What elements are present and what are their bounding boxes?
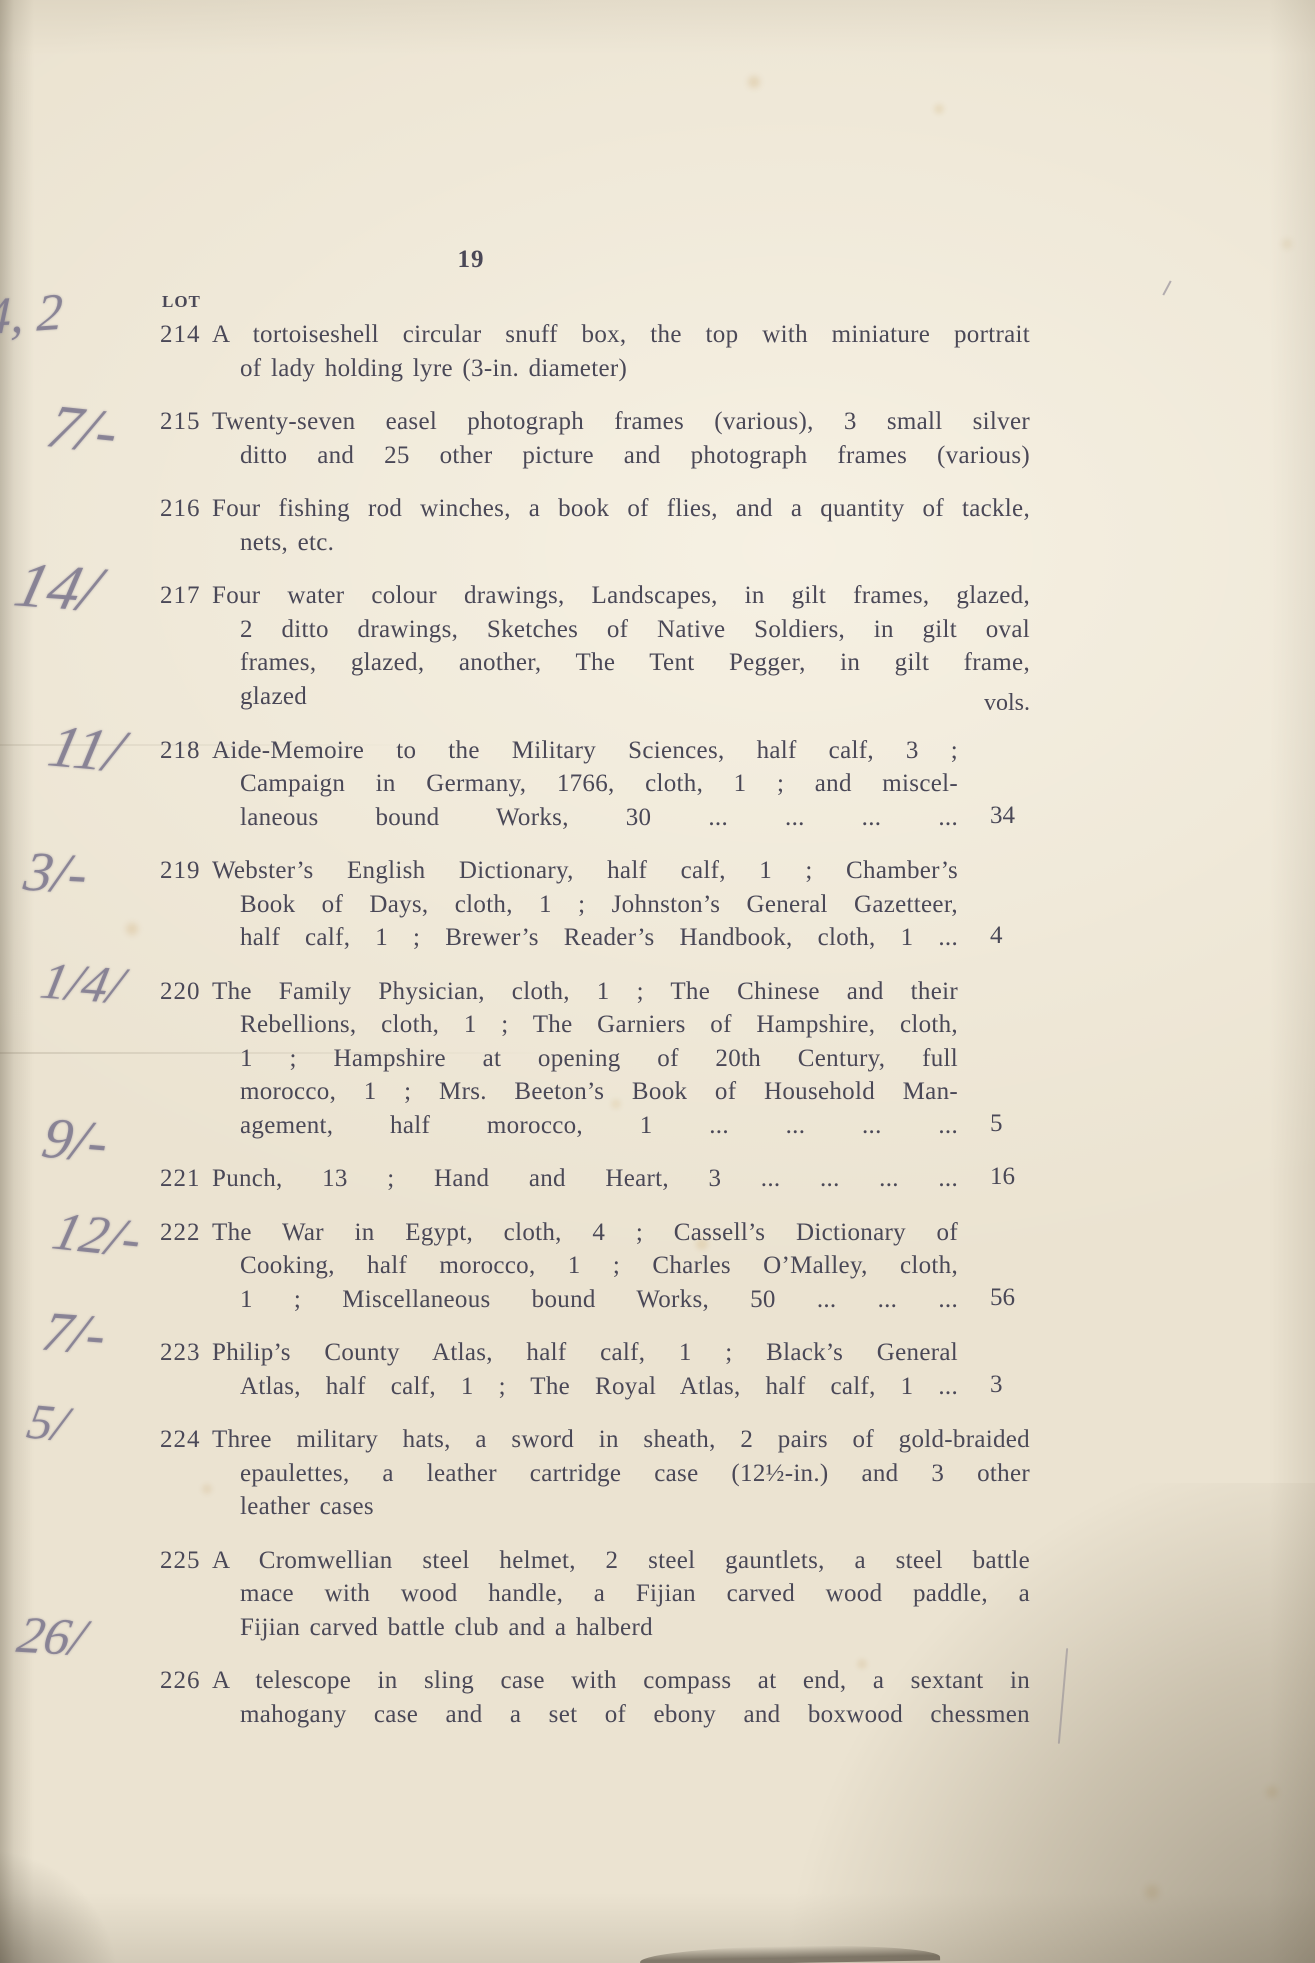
vols-value: 4 bbox=[990, 919, 1003, 953]
lot-description-line: Campaign in Germany, 1766, cloth, 1 ; an… bbox=[212, 767, 958, 801]
margin-annotation-handwritten: 12/- bbox=[47, 1200, 149, 1270]
lot-description: A tortoiseshell circular snuff box, the … bbox=[212, 318, 1030, 385]
margin-annotation-handwritten: 7/- bbox=[37, 1300, 113, 1368]
lot-column-header: LOT bbox=[162, 292, 201, 312]
lot-description-line: A Cromwellian steel helmet, 2 steel gaun… bbox=[212, 1544, 1030, 1578]
lot-description: Aide-Memoire to the Military Sciences, h… bbox=[212, 734, 958, 835]
lot-description-line: Four fishing rod winches, a book of flie… bbox=[212, 492, 1030, 526]
lot-description-line: morocco, 1 ; Mrs. Beeton’s Book of House… bbox=[212, 1075, 958, 1109]
lot-description-line: Punch, 13 ; Hand and Heart, 3 ... ... ..… bbox=[212, 1162, 958, 1196]
lot-description: A telescope in sling case with compass a… bbox=[212, 1664, 1030, 1731]
margin-annotation-handwritten: 7/- bbox=[39, 392, 126, 469]
lot-number: 219 bbox=[160, 854, 212, 955]
page-number: 19 bbox=[440, 246, 502, 274]
lot-row: 214A tortoiseshell circular snuff box, t… bbox=[160, 318, 1030, 385]
lot-description-line: agement, half morocco, 1 ... ... ... ... bbox=[212, 1109, 958, 1143]
lot-description-line: ditto and 25 other picture and photograp… bbox=[212, 439, 1030, 473]
lot-number: 226 bbox=[160, 1664, 212, 1731]
lot-description-line: mace with wood handle, a Fijian carved w… bbox=[212, 1577, 1030, 1611]
lot-number: 220 bbox=[160, 975, 212, 1143]
lot-row: 218Aide-Memoire to the Military Sciences… bbox=[160, 734, 1030, 835]
lot-description-line: A telescope in sling case with compass a… bbox=[212, 1664, 1030, 1698]
lot-description-line: Twenty-seven easel photograph frames (va… bbox=[212, 405, 1030, 439]
lot-description: Four water colour drawings, Landscapes, … bbox=[212, 579, 1030, 713]
lot-description-line: The Family Physician, cloth, 1 ; The Chi… bbox=[212, 975, 958, 1009]
lot-description-line: laneous bound Works, 30 ... ... ... ... bbox=[212, 801, 958, 835]
lot-description: Webster’s English Dictionary, half calf,… bbox=[212, 854, 958, 955]
lot-description-line: half calf, 1 ; Brewer’s Reader’s Handboo… bbox=[212, 921, 958, 955]
lot-number: 224 bbox=[160, 1423, 212, 1524]
vols-value: 56 bbox=[990, 1281, 1015, 1315]
lot-number: 225 bbox=[160, 1544, 212, 1645]
lot-number: 217 bbox=[160, 579, 212, 713]
lot-row: 223Philip’s County Atlas, half calf, 1 ;… bbox=[160, 1336, 1030, 1403]
lot-row: 216Four fishing rod winches, a book of f… bbox=[160, 492, 1030, 559]
lot-description: A Cromwellian steel helmet, 2 steel gaun… bbox=[212, 1544, 1030, 1645]
vols-value: 5 bbox=[990, 1107, 1003, 1141]
lot-description-line: Philip’s County Atlas, half calf, 1 ; Bl… bbox=[212, 1336, 958, 1370]
catalogue-page: 19 LOT 214A tortoiseshell circular snuff… bbox=[0, 0, 1315, 1963]
lot-description-line: mahogany case and a set of ebony and box… bbox=[212, 1698, 1030, 1732]
lot-row: 224Three military hats, a sword in sheat… bbox=[160, 1423, 1030, 1524]
bottom-edge-shadow bbox=[640, 1943, 940, 1963]
margin-annotation-handwritten: 14/ bbox=[8, 548, 108, 627]
lot-row: 217Four water colour drawings, Landscape… bbox=[160, 579, 1030, 713]
margin-annotation-handwritten: 1/4/ bbox=[36, 952, 129, 1016]
lot-description-line: Four water colour drawings, Landscapes, … bbox=[212, 579, 1030, 613]
lot-description: The War in Egypt, cloth, 4 ; Cassell’s D… bbox=[212, 1216, 958, 1317]
lot-row: 219Webster’s English Dictionary, half ca… bbox=[160, 854, 1030, 955]
corner-shadow bbox=[0, 1850, 120, 1963]
lot-description-line: Cooking, half morocco, 1 ; Charles O’Mal… bbox=[212, 1249, 958, 1283]
lot-description-line: of lady holding lyre (3-in. diameter) bbox=[212, 352, 1030, 386]
lot-description-line: Aide-Memoire to the Military Sciences, h… bbox=[212, 734, 958, 768]
margin-annotation-handwritten: 9/- bbox=[37, 1104, 114, 1176]
lot-description-line: 1 ; Miscellaneous bound Works, 50 ... ..… bbox=[212, 1283, 958, 1317]
lot-number: 221 bbox=[160, 1162, 212, 1196]
lot-description-line: 2 ditto drawings, Sketches of Native Sol… bbox=[212, 613, 1030, 647]
lot-number: 216 bbox=[160, 492, 212, 559]
margin-annotation-handwritten: 5/ bbox=[23, 1392, 73, 1453]
vols-value: 3 bbox=[990, 1368, 1003, 1402]
lot-row: 226A telescope in sling case with compas… bbox=[160, 1664, 1030, 1731]
lot-description-line: Three military hats, a sword in sheath, … bbox=[212, 1423, 1030, 1457]
foxing-spots bbox=[0, 0, 8, 8]
lot-description-line: leather cases bbox=[212, 1490, 1030, 1524]
lot-description-line: Webster’s English Dictionary, half calf,… bbox=[212, 854, 958, 888]
lot-number: 218 bbox=[160, 734, 212, 835]
vols-value: 34 bbox=[990, 799, 1015, 833]
lot-description: Punch, 13 ; Hand and Heart, 3 ... ... ..… bbox=[212, 1162, 958, 1196]
lot-description-line: 1 ; Hampshire at opening of 20th Century… bbox=[212, 1042, 958, 1076]
lot-number: 223 bbox=[160, 1336, 212, 1403]
pencil-stroke bbox=[1162, 280, 1171, 295]
lot-description-line: Atlas, half calf, 1 ; The Royal Atlas, h… bbox=[212, 1370, 958, 1404]
lot-description-line: Fijian carved battle club and a halberd bbox=[212, 1611, 1030, 1645]
margin-annotation-handwritten: 3/- bbox=[20, 840, 92, 907]
margin-annotation-handwritten: 11/ bbox=[42, 712, 130, 786]
lot-description-line: glazed bbox=[212, 680, 1030, 714]
lot-description: The Family Physician, cloth, 1 ; The Chi… bbox=[212, 975, 958, 1143]
lot-row: 221Punch, 13 ; Hand and Heart, 3 ... ...… bbox=[160, 1162, 1030, 1196]
lot-description: Twenty-seven easel photograph frames (va… bbox=[212, 405, 1030, 472]
lot-description-line: frames, glazed, another, The Tent Pegger… bbox=[212, 646, 1030, 680]
lot-description-line: epaulettes, a leather cartridge case (12… bbox=[212, 1457, 1030, 1491]
lot-description-line: The War in Egypt, cloth, 4 ; Cassell’s D… bbox=[212, 1216, 958, 1250]
lot-row: 220The Family Physician, cloth, 1 ; The … bbox=[160, 975, 1030, 1143]
lot-description: Four fishing rod winches, a book of flie… bbox=[212, 492, 1030, 559]
lot-description-line: A tortoiseshell circular snuff box, the … bbox=[212, 318, 1030, 352]
lot-description-line: Rebellions, cloth, 1 ; The Garniers of H… bbox=[212, 1008, 958, 1042]
lot-row: 225A Cromwellian steel helmet, 2 steel g… bbox=[160, 1544, 1030, 1645]
margin-annotation-handwritten: 26/ bbox=[13, 1606, 91, 1668]
lot-number: 222 bbox=[160, 1216, 212, 1317]
lot-description: Philip’s County Atlas, half calf, 1 ; Bl… bbox=[212, 1336, 958, 1403]
lot-list: 214A tortoiseshell circular snuff box, t… bbox=[160, 318, 1030, 1731]
lot-row: 215Twenty-seven easel photograph frames … bbox=[160, 405, 1030, 472]
pencil-stroke bbox=[1058, 1648, 1068, 1744]
vols-value: 16 bbox=[990, 1160, 1015, 1194]
lot-description-line: nets, etc. bbox=[212, 526, 1030, 560]
lot-description: Three military hats, a sword in sheath, … bbox=[212, 1423, 1030, 1524]
lot-description-line: Book of Days, cloth, 1 ; Johnston’s Gene… bbox=[212, 888, 958, 922]
lot-number: 215 bbox=[160, 405, 212, 472]
lot-row: 222The War in Egypt, cloth, 4 ; Cassell’… bbox=[160, 1216, 1030, 1317]
lot-number: 214 bbox=[160, 318, 212, 385]
margin-annotation-handwritten: 4, 2 bbox=[0, 283, 64, 348]
